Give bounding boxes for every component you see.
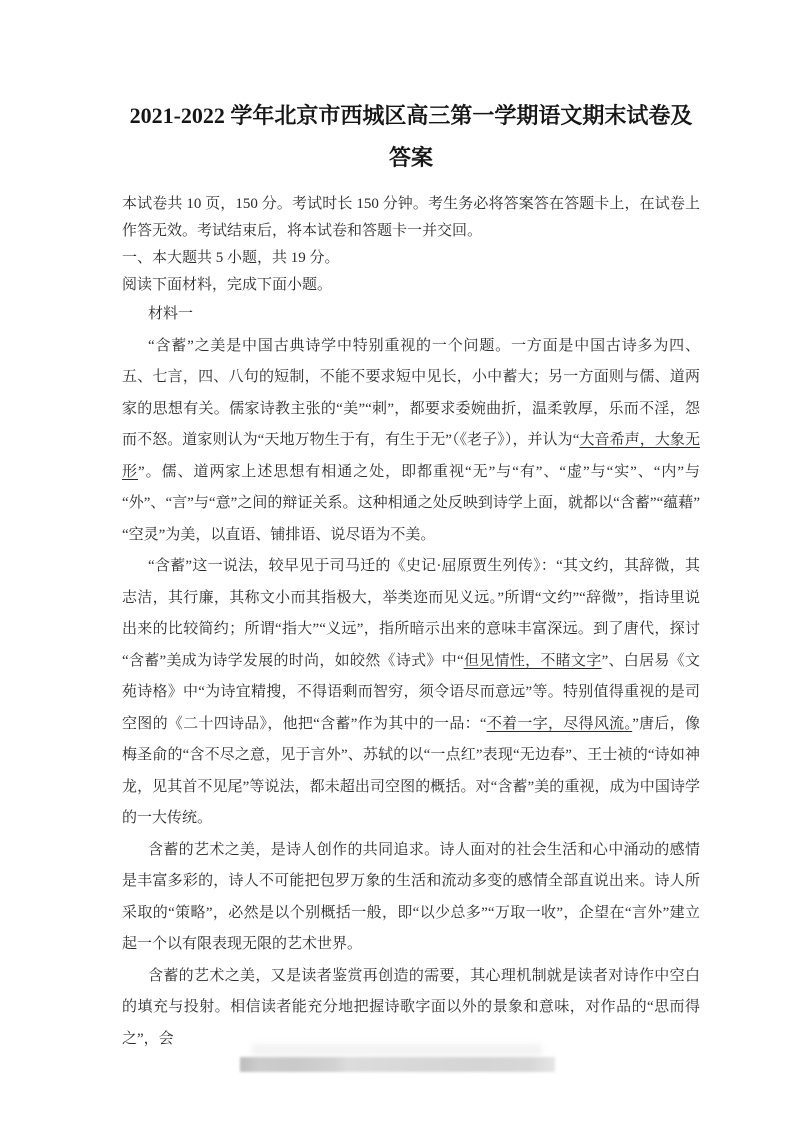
exam-notice: 本试卷共 10 页，150 分。考试时长 150 分钟。考生务必将答案答在答题卡… xyxy=(122,191,700,245)
blurred-watermark-bar xyxy=(240,1057,555,1072)
underlined-phrase: 但见情性，不睹文字 xyxy=(464,653,602,669)
material-paragraph: “含蓄”这一说法，较早见于司马迁的《史记·屈原贾生列传》：“其文约，其辞微，其志… xyxy=(122,551,700,835)
document-title-line-1: 2021-2022 学年北京市西城区高三第一学期语文期末试卷及 xyxy=(122,95,700,137)
material-one-label: 材料一 xyxy=(122,299,700,331)
paragraph-text: ”唐后，像梅圣俞的“含不尽之意，见于言外”、苏轼的以“一点红”表现“无边春”、王… xyxy=(122,716,700,827)
exam-paper-page: 2021-2022 学年北京市西城区高三第一学期语文期末试卷及 答案 本试卷共 … xyxy=(0,0,793,1122)
watermark-halo xyxy=(252,1044,542,1056)
paragraph-text: 含蓄的艺术之美，又是读者鉴赏再创造的需要，其心理机制就是读者对诗作中空白的填充与… xyxy=(122,968,700,1047)
material-one-paragraphs: “含蓄”之美是中国古典诗学中特别重视的一个问题。一方面是中国古诗多为四、五、七言… xyxy=(122,331,700,1056)
material-paragraph: 含蓄的艺术之美，又是读者鉴赏再创造的需要，其心理机制就是读者对诗作中空白的填充与… xyxy=(122,961,700,1056)
material-paragraph: “含蓄”之美是中国古典诗学中特别重视的一个问题。一方面是中国古诗多为四、五、七言… xyxy=(122,331,700,552)
material-paragraph: 含蓄的艺术之美，是诗人创作的共同追求。诗人面对的社会生活和心中涌动的感情是丰富多… xyxy=(122,835,700,961)
paragraph-text: ”。儒、道两家上述思想有相通之处，即都重视“无”与“有”、“虚”与“实”、“内”… xyxy=(122,464,700,543)
paragraph-text: 含蓄的艺术之美，是诗人创作的共同追求。诗人面对的社会生活和心中涌动的感情是丰富多… xyxy=(122,842,700,953)
section-heading: 一、本大题共 5 小题，共 19 分。 xyxy=(122,245,700,272)
underlined-phrase: 不着一字，尽得风流。 xyxy=(487,716,633,732)
reading-instruction: 阅读下面材料，完成下面小题。 xyxy=(122,272,700,299)
document-title-line-2: 答案 xyxy=(122,137,700,179)
page-content: 2021-2022 学年北京市西城区高三第一学期语文期末试卷及 答案 本试卷共 … xyxy=(122,0,700,1055)
document-title: 2021-2022 学年北京市西城区高三第一学期语文期末试卷及 答案 xyxy=(122,95,700,179)
